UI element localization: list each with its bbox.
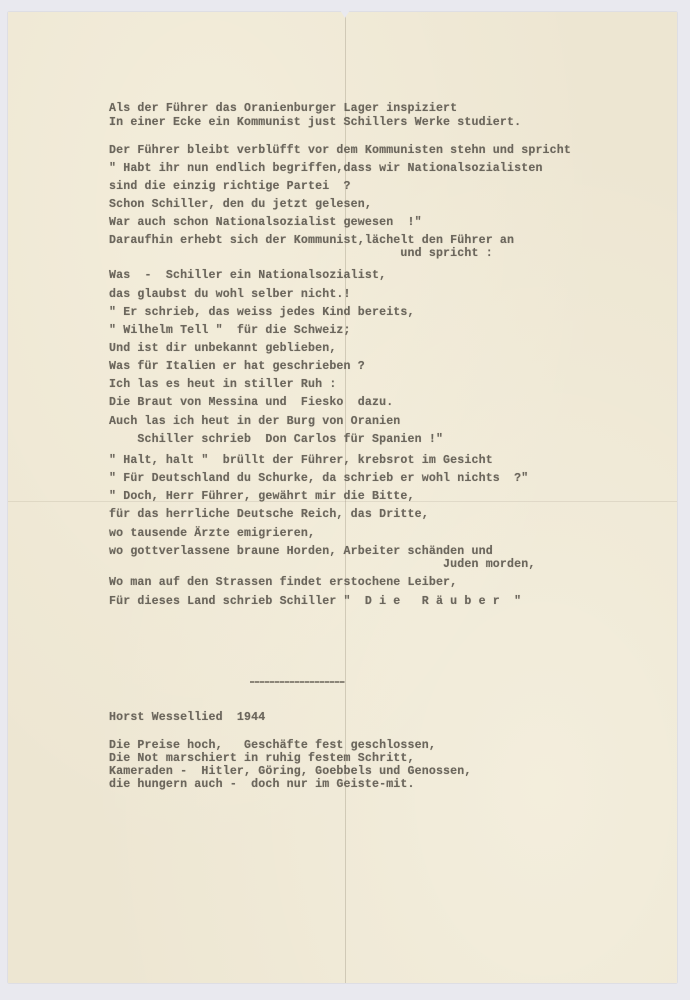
poem-line: " Für Deutschland du Schurke, da schrieb… [109, 472, 528, 485]
poem-line: " Wilhelm Tell " für die Schweiz; [109, 324, 351, 337]
section-divider [250, 681, 345, 683]
poem-line: Juden morden, [109, 558, 535, 571]
poem-block: Der Führer bleibt verblüfft vor dem Komm… [109, 144, 679, 684]
section-title: Horst Wessellied 1944 [109, 711, 265, 724]
poem-line: Und ist dir unbekannt geblieben, [109, 342, 336, 355]
intro-line: In einer Ecke ein Kommunist just Schille… [109, 116, 521, 129]
poem-line: Was - Schiller ein Nationalsozialist, [109, 269, 386, 282]
stanza-line: Kameraden - Hitler, Göring, Goebbels und… [109, 765, 471, 778]
poem-line: War auch schon Nationalsozialist gewesen… [109, 216, 422, 229]
poem-line: Die Braut von Messina und Fiesko dazu. [109, 396, 393, 409]
stanza-line: die hungern auch - doch nur im Geiste-mi… [109, 778, 415, 791]
intro-block: Als der Führer das Oranienburger Lager i… [109, 102, 669, 142]
poem-line: " Halt, halt " brüllt der Führer, krebsr… [109, 454, 493, 467]
poem-line: Was für Italien er hat geschrieben ? [109, 360, 365, 373]
intro-line: Als der Führer das Oranienburger Lager i… [109, 102, 457, 115]
poem-line: Der Führer bleibt verblüfft vor dem Komm… [109, 144, 571, 157]
poem-line: das glaubst du wohl selber nicht.! [109, 288, 351, 301]
poem-line: Auch las ich heut in der Burg von Oranie… [109, 415, 400, 428]
stanza-block: Die Preise hoch, Geschäfte fest geschlos… [109, 739, 669, 809]
poem-line: wo tausende Ärzte emigrieren, [109, 527, 315, 540]
poem-line: " Doch, Herr Führer, gewährt mir die Bit… [109, 490, 415, 503]
poem-line: " Er schrieb, das weiss jedes Kind berei… [109, 306, 415, 319]
poem-line: für das herrliche Deutsche Reich, das Dr… [109, 508, 429, 521]
stanza-line: Die Preise hoch, Geschäfte fest geschlos… [109, 739, 436, 752]
poem-line: Für dieses Land schrieb Schiller " D i e… [109, 595, 521, 608]
poem-line: " Habt ihr nun endlich begriffen,dass wi… [109, 162, 543, 175]
poem-line: und spricht : [109, 247, 493, 260]
paper-tear-notch [340, 10, 350, 18]
stanza-line: Die Not marschiert in ruhig festem Schri… [109, 752, 415, 765]
poem-line: Ich las es heut in stiller Ruh : [109, 378, 336, 391]
poem-line: sind die einzig richtige Partei ? [109, 180, 351, 193]
poem-line: Schon Schiller, den du jetzt gelesen, [109, 198, 372, 211]
poem-line: wo gottverlassene braune Horden, Arbeite… [109, 545, 493, 558]
poem-line: Schiller schrieb Don Carlos für Spanien … [109, 433, 443, 446]
poem-line: Wo man auf den Strassen findet erstochen… [109, 576, 457, 589]
poem-line: Daraufhin erhebt sich der Kommunist,läch… [109, 234, 514, 247]
